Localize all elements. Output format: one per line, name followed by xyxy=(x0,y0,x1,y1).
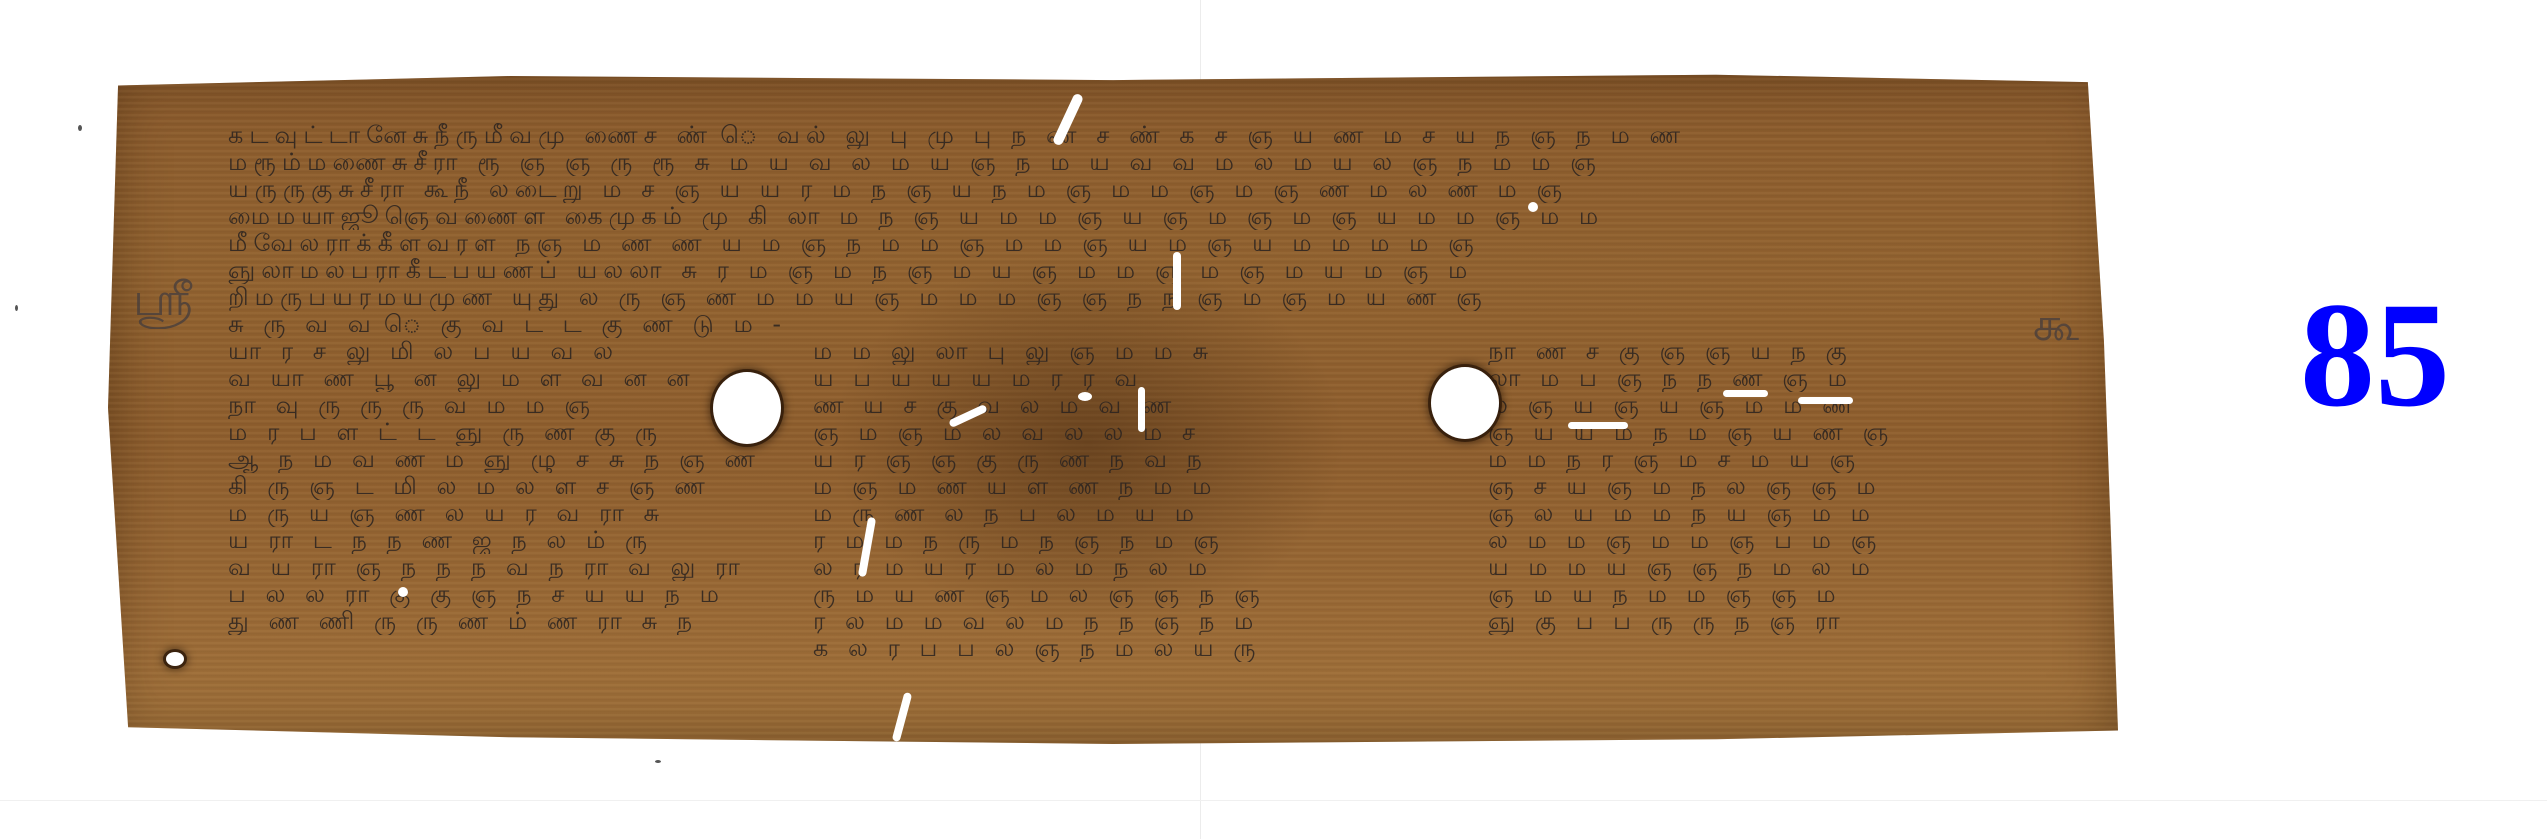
leaf-crack xyxy=(1138,387,1145,432)
leaf-crack xyxy=(1723,390,1768,397)
text-line: ஞுலாமலபராகீடபயணப் யலலா சு ர ம ஞ ம ந ஞ ம … xyxy=(228,257,2088,284)
text-line: ர ம ம ந ரு ம ந ஞ ந ம ஞ xyxy=(813,527,1333,554)
text-line: ல ர ம ய ர ம ல ம ந ல ம xyxy=(813,554,1333,581)
text-line: து ண ணி ரு ரு ண ம் ண ரா சு ந xyxy=(228,608,798,635)
text-line: ம ம லு லா பு லு ஞ ம ம சு xyxy=(813,338,1333,365)
text-line: ண ய ச கு வ ல ம வ ண xyxy=(813,392,1333,419)
leaf-crack xyxy=(1528,202,1538,212)
text-line: ம ரு ய ஞ ண ல ய ர வ ரா சு xyxy=(228,500,798,527)
text-line: மீவேலராக்கீளவரள நஞ ம ண ண ய ம ஞ ந ம ம ஞ ம… xyxy=(228,230,2088,257)
text-line: ய ம ம ய ஞ ஞ ந ம ல ம xyxy=(1488,554,1988,581)
text-line: ஞ ம ய ந ம ம ஞ ஞ ம xyxy=(1488,581,1988,608)
text-line: ஞ ச ய ஞ ம ந ல ஞ ஞ ம xyxy=(1488,473,1988,500)
text-line: ய ரா ட ந ந ண ஜ ந ல ம் ரு xyxy=(228,527,798,554)
text-line: லா ம ப ஞ ந ந ண ஞ ம xyxy=(1488,365,1988,392)
string-hole-left xyxy=(713,372,781,444)
text-line: ஞ ல ய ம ம ந ய ஞ ம ம xyxy=(1488,500,1988,527)
text-line: வ யா ண பூ ன லு ம ள வ ன ன xyxy=(228,365,798,392)
text-line: க ல ர ப ப ல ஞ ந ம ல ய ரு xyxy=(813,635,1333,662)
text-line: ஆ ந ம வ ண ம ஞு ழு ச சு ந ஞ ண xyxy=(228,446,798,473)
text-line: ஞ ம ஞ ம ல வ ல ல ம ச xyxy=(813,419,1333,446)
leaf-crack xyxy=(1173,252,1181,310)
page-number: 85 xyxy=(2300,280,2450,430)
text-line: ரு ம ய ண ஞ ம ல ஞ ஞ ந ஞ xyxy=(813,581,1333,608)
small-hole xyxy=(166,652,184,666)
leaf-crack xyxy=(398,587,408,597)
text-line: ம ம ந ர ஞ ம ச ம ய ஞ xyxy=(1488,446,1988,473)
text-line: றிமருபயரமயமுண யுது ல ரு ஞ ண ம ம ய ஞ ம ம … xyxy=(228,284,2088,311)
scan-fold-line-horizontal xyxy=(0,800,2547,801)
text-line: யருருகுசுசீரா கூநீ லடைறு ம ச ஞ ய ய ர ம ந… xyxy=(228,176,2088,203)
text-line: ய ப ய ய ய ம ர ர வ xyxy=(813,365,1333,392)
leaf-crack xyxy=(1568,422,1628,429)
text-line: வ ய ரா ஞ ந ந ந வ ந ரா வ லு ரா xyxy=(228,554,798,581)
palm-leaf-manuscript: கடவுட்டானேசுநீருமீவமு ணைச ண் ெ வல் லு பு… xyxy=(108,72,2118,744)
text-line: ல ம ம ஞ ம ம ஞ ப ம ஞ xyxy=(1488,527,1988,554)
text-line: ம ர ப ள ட் ட ஞு ரு ண கு ரு xyxy=(228,419,798,446)
leaf-crack xyxy=(1078,392,1092,401)
scan-speck xyxy=(655,760,661,763)
text-line: நா ண ச கு ஞ ஞ ய ந கு xyxy=(1488,338,1988,365)
manuscript-text-center: ம ம லு லா பு லு ஞ ம ம சு ய ப ய ய ய ம ர ர… xyxy=(813,338,1333,662)
text-line: ஞு கு ப ப ரு ரு ந ஞ ரா xyxy=(1488,608,1988,635)
text-line: கடவுட்டானேசுநீருமீவமு ணைச ண் ெ வல் லு பு… xyxy=(228,122,2088,149)
text-line: ஞ ய ய ம ந ம ஞ ய ண ஞ xyxy=(1488,419,1988,446)
manuscript-text-top: கடவுட்டானேசுநீருமீவமு ணைச ண் ெ வல் லு பு… xyxy=(228,122,2088,311)
manuscript-text-left: சு ரு வ வ ெ கு வ ட ட கு ண டு ம - யா ர ச … xyxy=(228,311,798,635)
string-hole-right xyxy=(1431,367,1499,439)
text-line: ம ரு ண ல ந ப ல ம ய ம xyxy=(813,500,1333,527)
text-line: ம ஞ ம ண ய ள ண ந ம ம xyxy=(813,473,1333,500)
scan-speck xyxy=(78,125,82,131)
scan-speck xyxy=(15,305,18,311)
margin-glyph-left: ஶ்ரீ xyxy=(133,272,193,333)
text-line: மைமயாஜூஞெவணைள கைமுகம் மு கி லா ம ந ஞ ய ம… xyxy=(228,203,2088,230)
text-line: மரூம்மணைசுசீரா ரூ ஞ ஞ ரு ரூ சு ம ய வ ல ம… xyxy=(228,149,2088,176)
text-line: ய ர ஞ ஞ கு ரு ண ந வ ந xyxy=(813,446,1333,473)
leaf-crack xyxy=(1798,397,1853,404)
text-line: கி ரு ஞ ட மி ல ம ல ள ச ஞ ண xyxy=(228,473,798,500)
text-line: ப ல ல ரா கு கு ஞ ந ச ய ய ந ம xyxy=(228,581,798,608)
text-line: யா ர ச லு மி ல ப ய வ ல xyxy=(228,338,798,365)
manuscript-text-right: நா ண ச கு ஞ ஞ ய ந கு லா ம ப ஞ ந ந ண ஞ ம … xyxy=(1488,338,1988,635)
text-line: சு ரு வ வ ெ கு வ ட ட கு ண டு ம - xyxy=(228,311,798,338)
text-line: ர ல ம ம வ ல ம ந ந ஞ ந ம xyxy=(813,608,1333,635)
margin-glyph-right: கூ xyxy=(2033,297,2079,358)
